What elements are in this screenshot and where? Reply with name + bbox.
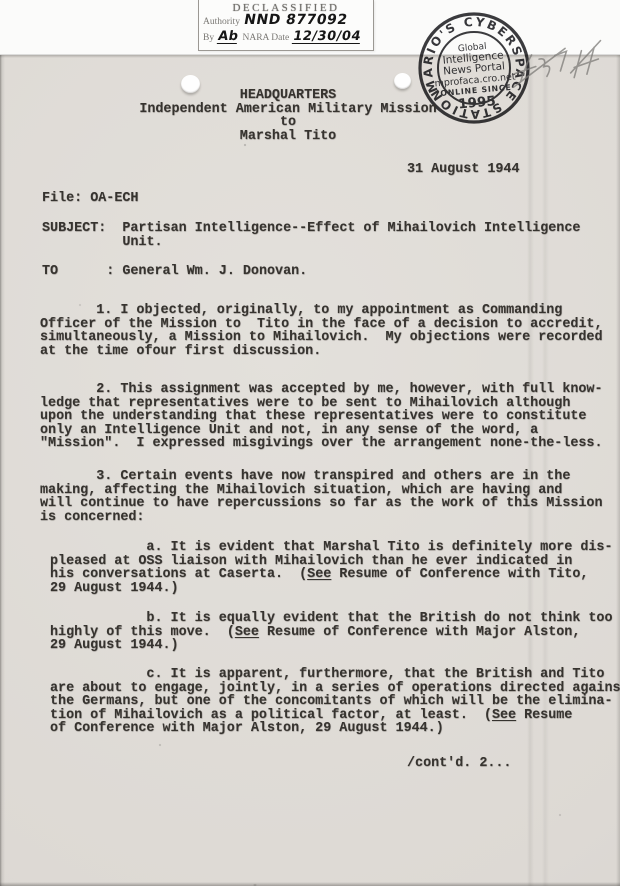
subject-line: SUBJECT: Partisan Intelligence--Effect o… bbox=[42, 222, 580, 249]
punch-hole bbox=[394, 73, 411, 89]
file-number: File: OA-ECH bbox=[42, 192, 138, 206]
authority-label: Authority bbox=[203, 15, 240, 30]
declassified-stamp: DECLASSIFIED Authority NND 877092 By Ab … bbox=[198, 0, 374, 51]
paragraph-3a: a. It is evident that Marshal Tito is de… bbox=[50, 541, 613, 595]
paragraph-3c: c. It is apparent, furthermore, that the… bbox=[50, 668, 620, 736]
continuation-note: /cont'd. 2... bbox=[407, 757, 511, 771]
nara-handwritten-date: 12/30/04 bbox=[292, 30, 362, 44]
paragraph-2: 2. This assignment was accepted by me, h… bbox=[40, 383, 603, 451]
to-line: TO : General Wm. J. Donovan. bbox=[42, 265, 307, 279]
scanned-memo-page: DECLASSIFIED Authority NND 877092 By Ab … bbox=[0, 0, 620, 886]
memo-date: 31 August 1944 bbox=[407, 163, 520, 177]
paragraph-3b: b. It is equally evident that the Britis… bbox=[50, 612, 613, 653]
nara-date-label: NARA Date bbox=[242, 31, 289, 46]
authority-handwritten-value: NND 877092 bbox=[243, 14, 349, 27]
paragraph-3: 3. Certain events have now transpired an… bbox=[40, 470, 603, 524]
by-label: By bbox=[203, 31, 214, 46]
by-handwritten-initials: Ab bbox=[217, 30, 240, 44]
paragraph-1: 1. I objected, originally, to my appoint… bbox=[40, 304, 603, 358]
letterhead: HEADQUARTERS Independent American Milita… bbox=[0, 89, 576, 143]
